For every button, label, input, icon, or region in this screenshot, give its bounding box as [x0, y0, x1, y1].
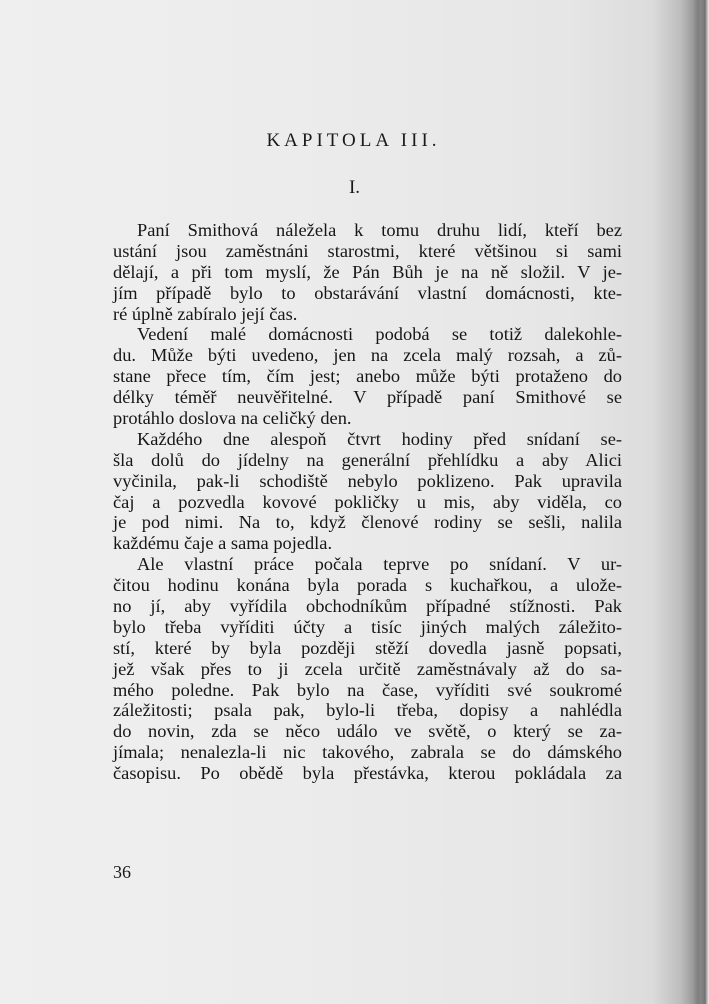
- text-line: Paní Smithová náležela k tomu druhu lidí…: [113, 220, 622, 241]
- section-number: I.: [0, 177, 709, 199]
- text-line: Vedení malé domácnosti podobá se totiž d…: [113, 324, 622, 345]
- text-line: délky téměř neuvěřitelné. V případě paní…: [113, 387, 622, 408]
- text-line: vyčinila, pak-li schodiště nebylo pokliz…: [113, 471, 622, 492]
- text-line: bylo třeba vyříditi účty a tisíc jiných …: [113, 617, 622, 638]
- text-line: do novin, zda se něco událo ve světě, o …: [113, 721, 622, 742]
- text-line: záležitosti; psala pak, bylo-li třeba, d…: [113, 700, 622, 721]
- text-line: šla dolů do jídelny na generální přehlíd…: [113, 450, 622, 471]
- text-line: du. Může býti uvedeno, jen na zcela malý…: [113, 345, 622, 366]
- text-line: Ale vlastní práce počala teprve po snída…: [113, 554, 622, 575]
- text-line: ustání jsou zaměstnáni starostmi, které …: [113, 241, 622, 262]
- text-line: každému čaje a sama pojedla.: [113, 533, 622, 554]
- text-line: Každého dne alespoň čtvrt hodiny před sn…: [113, 429, 622, 450]
- text-line: stí, které by byla později stěží dovedla…: [113, 638, 622, 659]
- page-number: 36: [113, 862, 131, 883]
- text-line: stane přece tím, čím jest; anebo může bý…: [113, 366, 622, 387]
- text-line: čitou hodinu konána byla porada s kuchař…: [113, 575, 622, 596]
- text-line: jímala; nenalezla-li nic takového, zabra…: [113, 742, 622, 763]
- text-line: protáhlo doslova na celičký den.: [113, 408, 622, 429]
- text-line: čaj a pozvedla kovové pokličky u mis, ab…: [113, 492, 622, 513]
- text-line: je pod nimi. Na to, když členové rodiny …: [113, 512, 622, 533]
- text-line: časopisu. Po obědě byla přestávka, ktero…: [113, 763, 622, 784]
- text-line: dělají, a při tom myslí, že Pán Bůh je n…: [113, 262, 622, 283]
- book-page: KAPITOLA III. I. Paní Smithová náležela …: [0, 0, 709, 1004]
- text-line: jež však přes to ji zcela určitě zaměstn…: [113, 659, 622, 680]
- chapter-title-text: KAPITOLA III.: [266, 130, 440, 152]
- text-line: ré úplně zabíralo její čas.: [113, 304, 622, 325]
- chapter-title: KAPITOLA III.: [0, 130, 709, 152]
- text-line: mého poledne. Pak bylo na čase, vyříditi…: [113, 680, 622, 701]
- body-text: Paní Smithová náležela k tomu druhu lidí…: [113, 220, 622, 784]
- text-line: no jí, aby vyřídila obchodníkům případné…: [113, 596, 622, 617]
- text-line: jím případě bylo to obstarávání vlastní …: [113, 283, 622, 304]
